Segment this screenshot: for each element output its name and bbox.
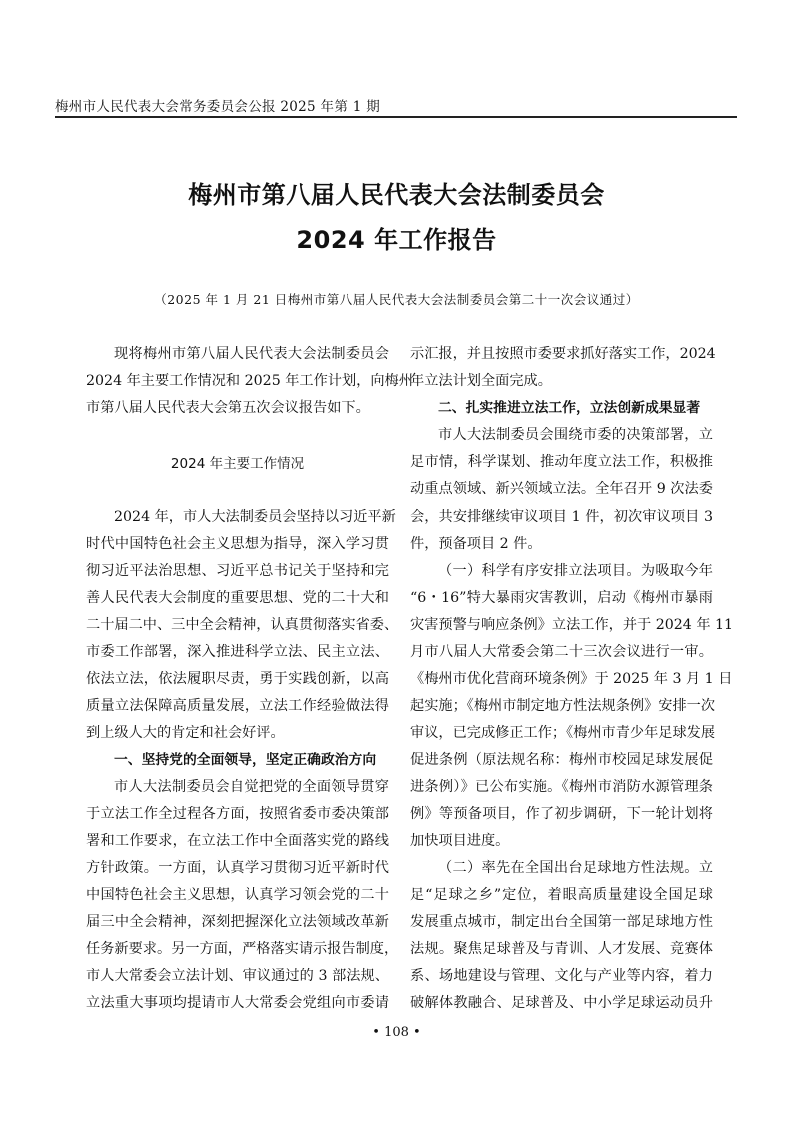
- paragraph-line: 质量立法保障高质量发展，立法工作经验做法得: [86, 696, 389, 716]
- paragraph-line: 于立法工作全过程各方面，按照省委市委决策部: [86, 804, 389, 824]
- paragraph-line: 市人大常委会立法计划、审议通过的 3 部法规、: [86, 966, 389, 986]
- paragraph-line: 足市情，科学谋划、推动年度立法工作，积极推: [410, 452, 713, 472]
- paragraph-line: 灾害预警与响应条例》立法工作，并于 2024 年 11: [410, 615, 713, 635]
- paragraph-line: 示汇报，并且按照市委要求抓好落实工作，2024: [410, 344, 713, 364]
- paragraph-line: （一）科学有序安排立法项目。为吸取今年: [438, 561, 713, 581]
- paragraph-line: 促进条例（原法规名称：梅州市校园足球发展促: [410, 750, 713, 770]
- paragraph-line: 件，预备项目 2 件。: [410, 534, 713, 554]
- paragraph-line: 市人大法制委员会自觉把党的全面领导贯穿: [114, 777, 389, 797]
- paragraph-line: 法规。聚焦足球普及与青训、人才发展、竞赛体: [410, 939, 713, 959]
- intro-line: 现将梅州市第八届人民代表大会法制委员会: [114, 344, 389, 364]
- paragraph-line: 到上级人大的肯定和社会好评。: [86, 723, 389, 743]
- intro-line: 2024 年主要工作情况和 2025 年工作计划，向梅州: [86, 371, 389, 391]
- paragraph-line: 方针政策。一方面，认真学习贯彻习近平新时代: [86, 858, 389, 878]
- paragraph-line: 起实施；《梅州市制定地方性法规条例》安排一次: [410, 696, 713, 716]
- paragraph-line: 发展重点城市，制定出台全国第一部足球地方性: [410, 912, 713, 932]
- paragraph-line: 动重点领域、新兴领域立法。全年召开 9 次法委: [410, 479, 713, 499]
- paragraph-line: 进条例）》已公布实施。《梅州市消防水源管理条: [410, 777, 713, 797]
- intro-line: 市第八届人民代表大会第五次会议报告如下。: [86, 398, 389, 418]
- paragraph-line: （二）率先在全国出台足球地方性法规。立: [438, 858, 713, 878]
- paragraph-line: 月市八届人大常委会第二十三次会议进行一审。: [410, 642, 713, 662]
- paragraph-line: 中国特色社会主义思想，认真学习领会党的二十: [86, 885, 389, 905]
- paragraph-line: 二十届二中、三中全会精神，认真贯彻落实省委、: [86, 615, 389, 635]
- paragraph-line: 届三中全会精神，深刻把握深化立法领域改革新: [86, 912, 389, 932]
- section-title: 2024 年主要工作情况: [86, 452, 389, 472]
- paragraph-line: 依法立法，依法履职尽责，勇于实践创新，以高: [86, 669, 389, 689]
- paragraph-line: 审议，已完成修正工作；《梅州市青少年足球发展: [410, 723, 713, 743]
- paragraph-line: 加快项目进度。: [410, 831, 713, 851]
- paragraph-line: 署和工作要求，在立法工作中全面落实党的路线: [86, 831, 389, 851]
- paragraph-line: 善人民代表大会制度的重要思想、党的二十大和: [86, 588, 389, 608]
- heading-2: 二、扎实推进立法工作，立法创新成果显著: [438, 398, 713, 418]
- left-column: 现将梅州市第八届人民代表大会法制委员会 2024 年主要工作情况和 2025 年…: [86, 0, 389, 1122]
- paragraph-line: 足“足球之乡”定位，着眼高质量建设全国足球: [410, 885, 713, 905]
- paragraph-line: 破解体教融合、足球普及、中小学足球运动员升: [410, 993, 713, 1013]
- paragraph-line: 市人大法制委员会围绕市委的决策部署，立: [438, 425, 713, 445]
- paragraph-line: 立法重大事项均提请市人大常委会党组向市委请: [86, 993, 389, 1013]
- paragraph-line: 2024 年，市人大法制委员会坚持以习近平新: [114, 507, 389, 527]
- paragraph-line: 任务新要求。另一方面，严格落实请示报告制度，: [86, 939, 389, 959]
- paragraph-line: 年立法计划全面完成。: [410, 371, 713, 391]
- paragraph-line: “6・16”特大暴雨灾害教训，启动《梅州市暴雨: [410, 588, 713, 608]
- paragraph-line: 系、场地建设与管理、文化与产业等内容，着力: [410, 966, 713, 986]
- paragraph-line: 《梅州市优化营商环境条例》于 2025 年 3 月 1 日: [410, 669, 713, 689]
- heading-1: 一、坚持党的全面领导，坚定正确政治方向: [114, 750, 389, 770]
- paragraph-line: 会，共安排继续审议项目 1 件，初次审议项目 3: [410, 507, 713, 527]
- paragraph-line: 彻习近平法治思想、习近平总书记关于坚持和完: [86, 561, 389, 581]
- right-column: 示汇报，并且按照市委要求抓好落实工作，2024 年立法计划全面完成。 二、扎实推…: [410, 0, 713, 1122]
- paragraph-line: 市委工作部署，深入推进科学立法、民主立法、: [86, 642, 389, 662]
- page-number: • 108 •: [0, 1025, 793, 1040]
- paragraph-line: 时代中国特色社会主义思想为指导，深入学习贯: [86, 534, 389, 554]
- paragraph-line: 例》等预备项目，作了初步调研，下一轮计划将: [410, 804, 713, 824]
